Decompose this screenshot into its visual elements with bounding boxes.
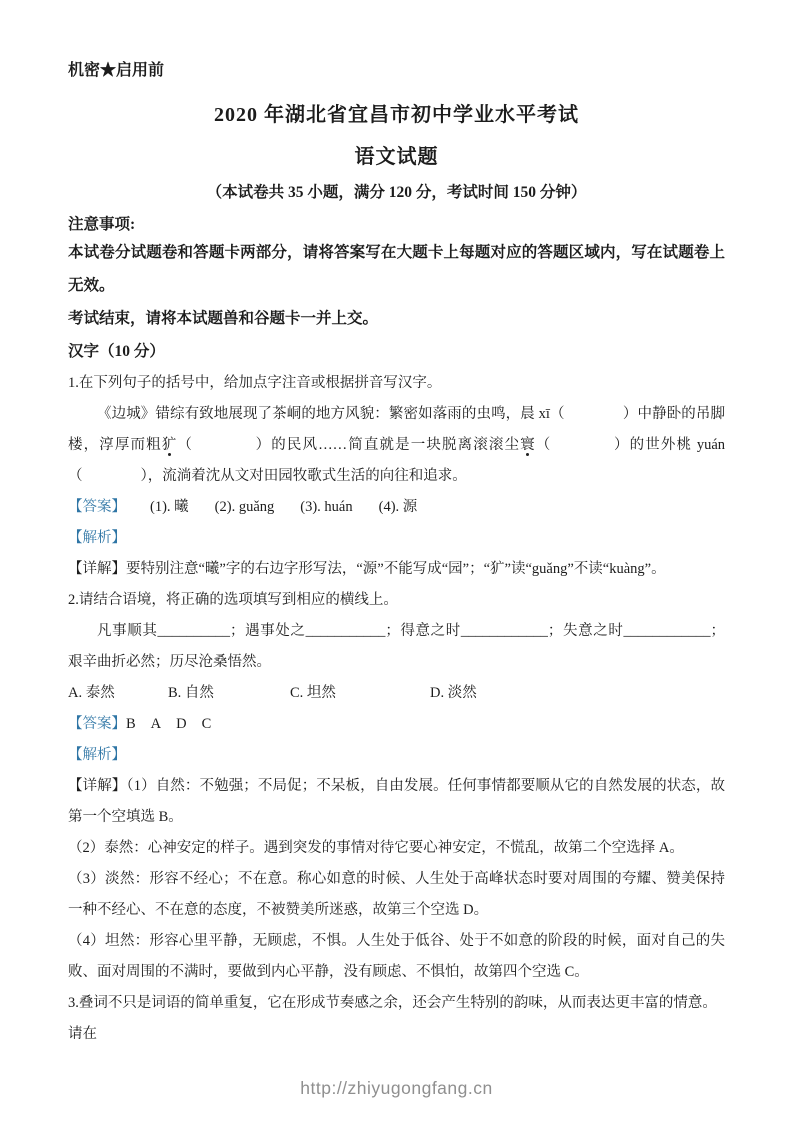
section-heading-hanzi: 汉字（10 分）	[68, 335, 725, 368]
q1-answer-item: (2). guǎng	[215, 499, 275, 515]
q2-answer-item: C	[202, 716, 212, 732]
notice-submission: 考试结束，请将本试题兽和谷题卡一并上交。	[68, 302, 725, 335]
q2-detail-2: （2）泰然：心神安定的样子。遇到突发的事情对待它要心神安定，不慌乱，故第二个空选…	[68, 833, 725, 864]
exam-document-page: 机密★启用前 2020 年湖北省宜昌市初中学业水平考试 语文试题 （本试卷共 3…	[0, 0, 793, 1122]
q2-prompt: 2.请结合语境，将正确的选项填写到相应的横线上。	[68, 585, 725, 616]
q2-answer-item: B	[126, 716, 136, 732]
document-content: 机密★启用前 2020 年湖北省宜昌市初中学业水平考试 语文试题 （本试卷共 3…	[0, 0, 793, 1099]
notice-body: 本试卷分试题卷和答题卡两部分，请将答案写在大题卡上每题对应的答题区域内，写在试题…	[68, 236, 725, 302]
q1-answer-item: (4). 源	[379, 499, 418, 515]
q1-emphasized-char-guang: 犷	[162, 437, 178, 453]
q2-option-c: C. 坦然	[290, 678, 430, 709]
q2-analysis-row: 【解析】	[68, 740, 725, 771]
q2-answer-item: A	[151, 716, 161, 732]
q2-option-b: B. 自然	[168, 678, 290, 709]
q2-answer-marker: 【答案】	[68, 716, 126, 732]
q1-analysis-row: 【解析】	[68, 523, 725, 554]
q3-prompt: 3.叠词不只是词语的简单重复，它在形成节奏感之余，还会产生特别的韵味，从而表达更…	[68, 988, 725, 1050]
q1-answer-marker: 【答案】	[68, 499, 126, 515]
q2-options-row: A. 泰然B. 自然C. 坦然D. 淡然	[68, 678, 725, 709]
q1-emphasized-char-huan: 寰	[520, 437, 536, 453]
q2-analysis-marker: 【解析】	[68, 747, 126, 763]
q1-prompt: 1.在下列句子的括号中，给加点字注音或根据拼音写汉字。	[68, 368, 725, 399]
q2-detail-4: （4）坦然：形容心里平静，无顾虑，不惧。人生处于低谷、处于不如意的阶段的时候，面…	[68, 926, 725, 988]
q1-passage-part: （ ）的民风……简直就是一块脱离滚滚尘	[177, 437, 520, 453]
questions-body: 1.在下列句子的括号中，给加点字注音或根据拼音写汉字。 《边城》错综有致地展现了…	[68, 368, 725, 1050]
watermark-url: http://zhiyugongfang.cn	[68, 1078, 725, 1099]
q2-detail-3: （3）淡然：形容不经心；不在意。称心如意的时候、人生处于高峰状态时要对周围的夸耀…	[68, 864, 725, 926]
q1-answer-row: 【答案】(1). 曦(2). guǎng(3). huán(4). 源	[68, 492, 725, 523]
q1-answer-item: (1). 曦	[150, 499, 189, 515]
q2-answer-item: D	[176, 716, 186, 732]
confidential-notice: 机密★启用前	[68, 60, 725, 82]
q1-passage: 《边城》错综有致地展现了茶峒的地方风貌：繁密如落雨的虫鸣，晨 xī（ ）中静卧的…	[68, 399, 725, 492]
q2-answer-row: 【答案】BADC	[68, 709, 725, 740]
exam-subtitle: 语文试题	[68, 145, 725, 169]
paper-info: （本试卷共 35 小题，满分 120 分，考试时间 150 分钟）	[68, 182, 725, 204]
notice-heading: 注意事项:	[68, 214, 725, 236]
q1-analysis-marker: 【解析】	[68, 530, 126, 546]
q2-detail-1: 【详解】（1）自然：不勉强；不局促；不呆板，自由发展。任何事情都要顺从它的自然发…	[68, 771, 725, 833]
q2-option-d: D. 淡然	[430, 678, 477, 709]
exam-title: 2020 年湖北省宜昌市初中学业水平考试	[68, 103, 725, 127]
q1-detail: 【详解】要特别注意“曦”字的右边字形写法，“源”不能写成“园”；“犷”读“guǎ…	[68, 554, 725, 585]
q2-option-a: A. 泰然	[68, 678, 168, 709]
q2-fill-line: 凡事顺其__________；遇事处之___________；得意之时_____…	[68, 616, 725, 678]
q1-answer-item: (3). huán	[300, 499, 352, 515]
